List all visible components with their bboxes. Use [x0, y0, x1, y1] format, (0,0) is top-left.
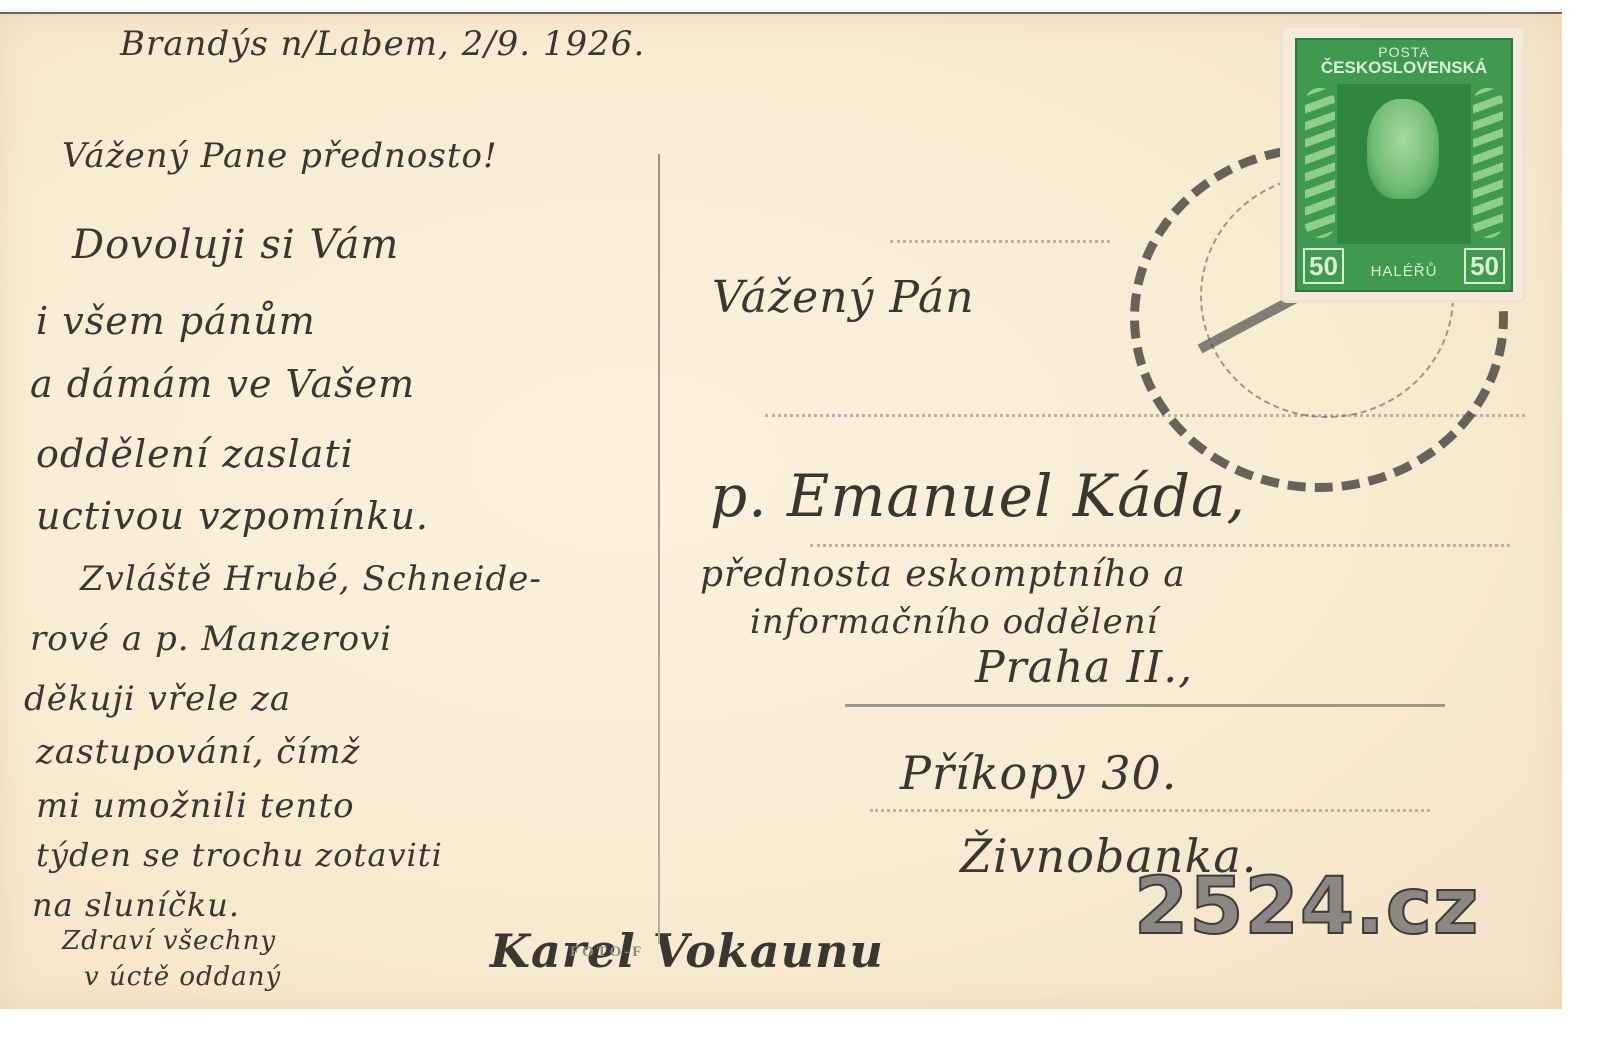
recipient-title-2: informačního oddělení [750, 602, 1158, 642]
recipient-street: Příkopy 30. [900, 746, 1177, 800]
recipient-title-1: přednosta eskomptního a [700, 554, 1186, 595]
message-line: a dámám ve Vašem [30, 362, 415, 406]
portrait-head-icon [1367, 99, 1439, 199]
address-line [870, 809, 1430, 812]
message-salutation: Vážený Pane přednosto! [62, 136, 498, 176]
center-divider [658, 154, 660, 944]
place-date: Brandýs n/Labem, 2/9. 1926. [120, 24, 645, 64]
postage-stamp: POSTA ČESKOSLOVENSKÁ 50 HALÉŘŮ 50 [1283, 28, 1523, 300]
recipient-city: Praha II., [975, 642, 1193, 693]
message-line: oddělení zaslati [36, 432, 354, 476]
message-line: Zvláště Hrubé, Schneide- [80, 559, 542, 599]
stamp-currency: HALÉŘŮ [1361, 263, 1447, 280]
laurel-right-icon [1473, 88, 1503, 238]
stamp-face: POSTA ČESKOSLOVENSKÁ 50 HALÉŘŮ 50 [1295, 38, 1513, 292]
watermark: 2524.cz [1134, 868, 1479, 946]
message-line: Zdraví všechny [62, 926, 276, 956]
message-line: na sluníčku. [32, 886, 240, 924]
address-line [810, 544, 1510, 547]
signature: Karel Vokaunu [490, 924, 884, 978]
stamp-country-text: ČESKOSLOVENSKÁ [1297, 58, 1511, 78]
stamp-value-right: 50 [1464, 248, 1505, 284]
laurel-left-icon [1305, 88, 1335, 238]
message-line: Dovoluji si Vám [72, 222, 399, 268]
recipient-name: p. Emanuel Káda, [710, 462, 1246, 530]
printed-mark: FOTO-F [570, 944, 644, 961]
message-line: děkuji vřele za [24, 679, 291, 719]
address-salutation: Vážený Pán [712, 272, 975, 323]
message-line: mi umožnili tento [36, 786, 355, 826]
message-line: týden se trochu zotaviti [36, 836, 443, 874]
message-line: zastupování, čímž [36, 732, 360, 772]
message-line: i všem pánům [36, 299, 316, 343]
stamp-value-left: 50 [1303, 248, 1344, 284]
portrait-icon [1337, 84, 1471, 244]
message-line: v úctě oddaný [84, 962, 281, 992]
address-line [845, 704, 1445, 707]
address-line [890, 240, 1110, 243]
message-line: uctivou vzpomínku. [36, 494, 429, 538]
postcard: Brandýs n/Labem, 2/9. 1926. Vážený Pane … [0, 12, 1562, 1009]
message-line: rové a p. Manzerovi [30, 619, 392, 659]
